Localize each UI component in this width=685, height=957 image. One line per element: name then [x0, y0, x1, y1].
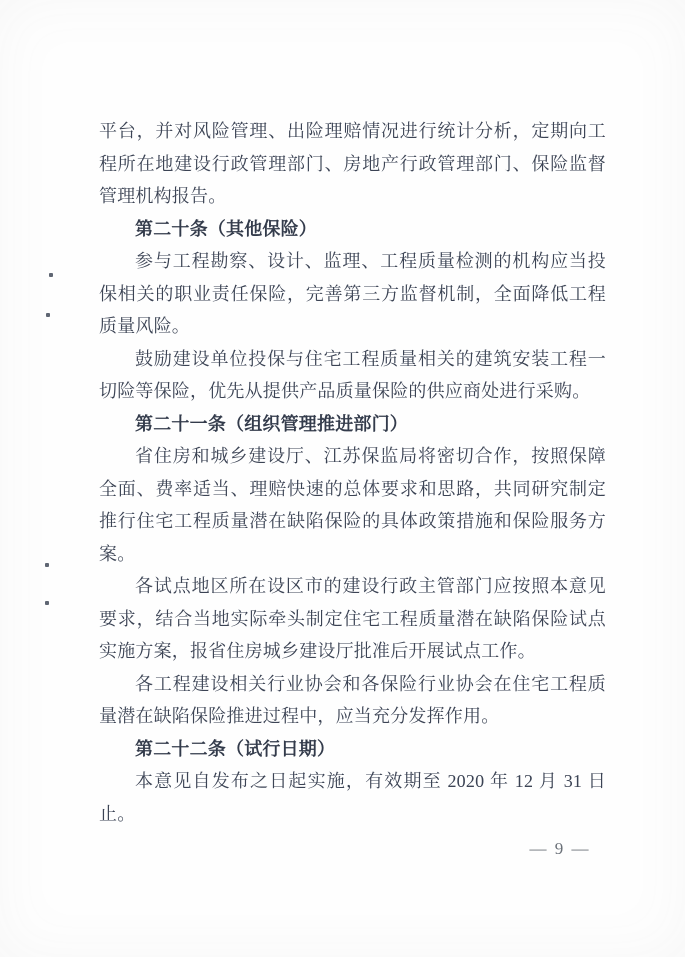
scan-artifact-dot — [45, 601, 49, 605]
paragraph: 平台，并对风险管理、出险理赔情况进行统计分析，定期向工程所在地建设行政管理部门、… — [99, 115, 606, 213]
article-heading: 第二十条（其他保险） — [99, 213, 606, 246]
paragraph: 鼓励建设单位投保与住宅工程质量相关的建筑安装工程一切险等保险，优先从提供产品质量… — [99, 343, 606, 408]
document-body: 平台，并对风险管理、出险理赔情况进行统计分析，定期向工程所在地建设行政管理部门、… — [99, 115, 606, 830]
page-number: — 9 — — [512, 839, 608, 859]
article-heading: 第二十二条（试行日期） — [99, 733, 606, 766]
paragraph: 各工程建设相关行业协会和各保险行业协会在住宅工程质量潜在缺陷保险推进过程中，应当… — [99, 668, 606, 733]
article-heading: 第二十一条（组织管理推进部门） — [99, 408, 606, 441]
scan-artifact-dot — [45, 563, 49, 567]
scanned-document-page: 平台，并对风险管理、出险理赔情况进行统计分析，定期向工程所在地建设行政管理部门、… — [0, 0, 685, 957]
scan-artifact-dot — [46, 313, 50, 317]
paragraph: 省住房和城乡建设厅、江苏保监局将密切合作，按照保障全面、费率适当、理赔快速的总体… — [99, 440, 606, 570]
paragraph: 参与工程勘察、设计、监理、工程质量检测的机构应当投保相关的职业责任保险，完善第三… — [99, 245, 606, 343]
scan-artifact-dot — [49, 273, 53, 277]
paragraph: 本意见自发布之日起实施，有效期至 2020 年 12 月 31 日止。 — [99, 765, 606, 830]
paragraph: 各试点地区所在设区市的建设行政主管部门应按照本意见要求，结合当地实际牵头制定住宅… — [99, 570, 606, 668]
